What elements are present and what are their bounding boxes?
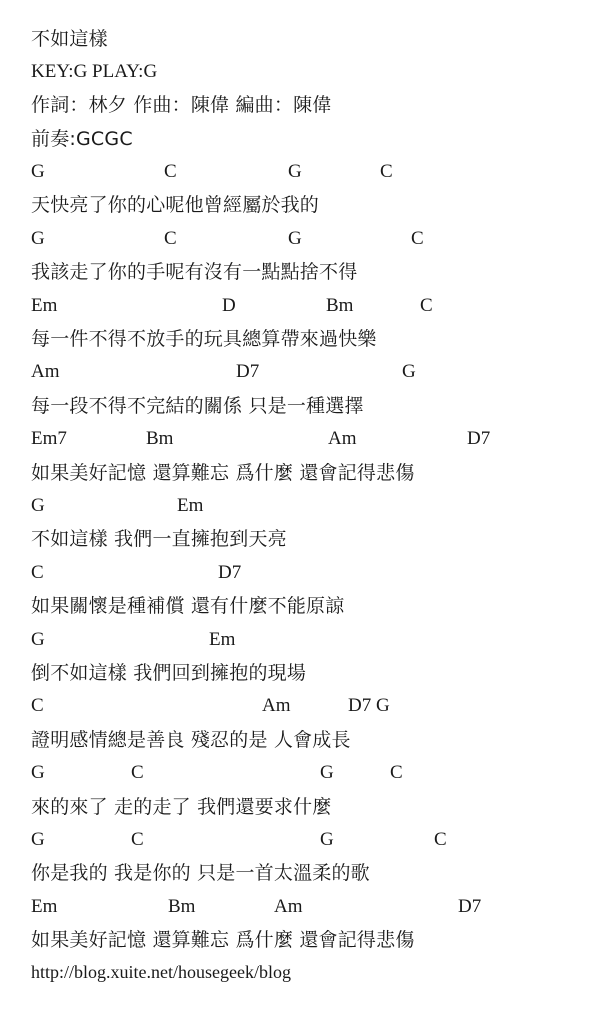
chord-label: C (164, 157, 177, 187)
key-line: KEY:G PLAY:G (31, 57, 157, 87)
chord-row: AmD7G (0, 357, 602, 387)
chord-label: G (31, 625, 45, 655)
chord-label: Em (31, 892, 57, 922)
chord-row: CD7 (0, 558, 602, 588)
chord-label: Em (31, 291, 57, 321)
chord-label: D (222, 291, 236, 321)
chord-label: C (131, 825, 144, 855)
chord-label: G (288, 224, 302, 254)
chord-label: G (31, 224, 45, 254)
lyric-line: 如果美好記憶 還算難忘 爲什麼 還會記得悲傷 (31, 458, 415, 488)
source-url: http://blog.xuite.net/housegeek/blog (31, 957, 291, 987)
lyric-line: 你是我的 我是你的 只是一首太溫柔的歌 (31, 858, 370, 888)
chord-row: GCGC (0, 157, 602, 187)
chord-label: C (31, 691, 44, 721)
chord-label: Em (209, 625, 235, 655)
chord-label: G (320, 758, 334, 788)
chord-row: CAmD7 G (0, 691, 602, 721)
lyric-line: 天快亮了你的心呢他曾經屬於我的 (31, 190, 319, 220)
chord-label: G (31, 491, 45, 521)
chord-label: D7 (218, 558, 241, 588)
lyric-line: 倒不如這樣 我們回到擁抱的現場 (31, 658, 306, 688)
chord-label: C (434, 825, 447, 855)
lyric-line: 我該走了你的手呢有沒有一點點捨不得 (31, 257, 357, 287)
chord-row: EmBmAmD7 (0, 892, 602, 922)
chord-label: G (31, 758, 45, 788)
chord-label: Bm (326, 291, 353, 321)
chord-label: G (31, 157, 45, 187)
chord-row: GEm (0, 491, 602, 521)
chord-label: C (131, 758, 144, 788)
chord-row: Em7BmAmD7 (0, 424, 602, 454)
chord-label: D7 (467, 424, 490, 454)
chord-label: D7 (236, 357, 259, 387)
intro-line: 前奏:GCGC (31, 124, 133, 154)
chord-label: C (411, 224, 424, 254)
lyric-line: 每一件不得不放手的玩具總算帶來過快樂 (31, 324, 377, 354)
chord-label: C (31, 558, 44, 588)
chord-label: G (31, 825, 45, 855)
lyric-line: 如果關懷是種補償 還有什麼不能原諒 (31, 591, 344, 621)
chord-label: C (390, 758, 403, 788)
chord-row: EmDBmC (0, 291, 602, 321)
lyric-line: 不如這樣 我們一直擁抱到天亮 (31, 524, 287, 554)
chord-label: Bm (168, 892, 195, 922)
chord-label: Em7 (31, 424, 67, 454)
chord-row: GCGC (0, 825, 602, 855)
chord-label: Am (31, 357, 60, 387)
credits-line: 作詞：林夕 作曲：陳偉 編曲：陳偉 (31, 90, 331, 120)
chord-row: GEm (0, 625, 602, 655)
chord-label: C (420, 291, 433, 321)
chord-label: Am (328, 424, 357, 454)
lyric-line: 如果美好記憶 還算難忘 爲什麼 還會記得悲傷 (31, 925, 415, 955)
lyric-line: 證明感情總是善良 殘忍的是 人會成長 (31, 725, 351, 755)
chord-label: Am (274, 892, 303, 922)
chord-label: D7 G (348, 691, 390, 721)
chord-label: G (288, 157, 302, 187)
song-title: 不如這樣 (31, 24, 108, 54)
lyric-line: 每一段不得不完結的關係 只是一種選擇 (31, 391, 364, 421)
chord-label: Am (262, 691, 291, 721)
lyric-line: 來的來了 走的走了 我們還要求什麼 (31, 792, 331, 822)
chord-label: D7 (458, 892, 481, 922)
chord-label: C (164, 224, 177, 254)
chord-row: GCGC (0, 758, 602, 788)
chord-label: C (380, 157, 393, 187)
chord-label: Em (177, 491, 203, 521)
chord-label: G (320, 825, 334, 855)
chord-row: GCGC (0, 224, 602, 254)
chord-label: G (402, 357, 416, 387)
chord-sheet: 不如這樣 KEY:G PLAY:G 作詞：林夕 作曲：陳偉 編曲：陳偉 前奏:G… (0, 0, 602, 1024)
chord-label: Bm (146, 424, 173, 454)
